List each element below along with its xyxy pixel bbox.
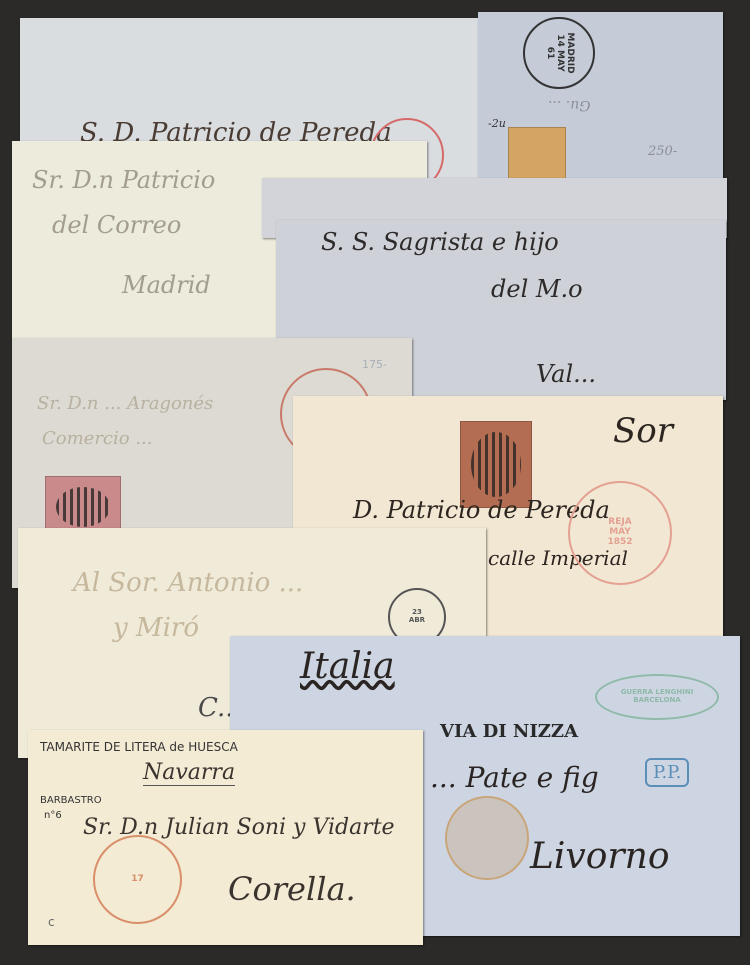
address-line: Sor — [613, 411, 673, 451]
handstamp-pp: P.P. — [645, 758, 689, 787]
address-line: y Miró — [113, 613, 199, 643]
handstamp-oval-firm: GUERRA LENGHINI BARCELONA — [595, 674, 719, 720]
address-line: Sr. D.n ... Aragonés — [37, 393, 213, 414]
pencil-note: Gu. ... — [548, 97, 590, 113]
address-line: Navarra — [143, 760, 235, 786]
address-line: del M.o — [491, 275, 583, 303]
pencil-header: TAMARITE DE LITERA de HUESCA — [40, 740, 238, 754]
address-line: Val... — [536, 360, 596, 388]
address-line: S. S. Sagrista e hijo — [321, 228, 559, 256]
handstamp-via: VIA DI NIZZA — [440, 721, 578, 742]
address-line: ... Pate e fig — [430, 761, 599, 794]
cover-letter-9: TAMARITE DE LITERA de HUESCA Navarra BAR… — [28, 730, 423, 945]
postmark-barbastro: 17 — [93, 835, 182, 924]
address-line: Italia — [300, 646, 395, 687]
postmark-red: REJAMAY1852 — [568, 481, 672, 585]
pencil-corner: c — [48, 915, 55, 929]
postage-stamp-cuatro-cuartos — [460, 421, 532, 508]
address-line: Al Sor. Antonio ... — [73, 568, 303, 598]
pencil-note: -2u — [488, 117, 506, 130]
address-line: Livorno — [530, 836, 670, 877]
postage-stamp-orange — [508, 127, 566, 184]
address-line: Comercio ... — [42, 428, 153, 449]
postmark-madrid: MADRID14 MAY61 — [523, 17, 595, 89]
postmark-brown — [445, 796, 529, 880]
pencil-note: 175- — [362, 358, 387, 371]
pencil-side: n°6 — [44, 810, 62, 821]
address-line: Madrid — [122, 271, 211, 299]
pencil-side: BARBASTRO — [40, 795, 102, 806]
cover-letter-2: MADRID14 MAY61 Gu. ... -2u 250- — [478, 12, 723, 197]
pencil-note: 250- — [648, 144, 677, 159]
address-line: Sr. D.n Patricio — [32, 166, 215, 194]
address-line: Corella. — [228, 870, 356, 908]
address-line: del Correo — [52, 211, 181, 239]
